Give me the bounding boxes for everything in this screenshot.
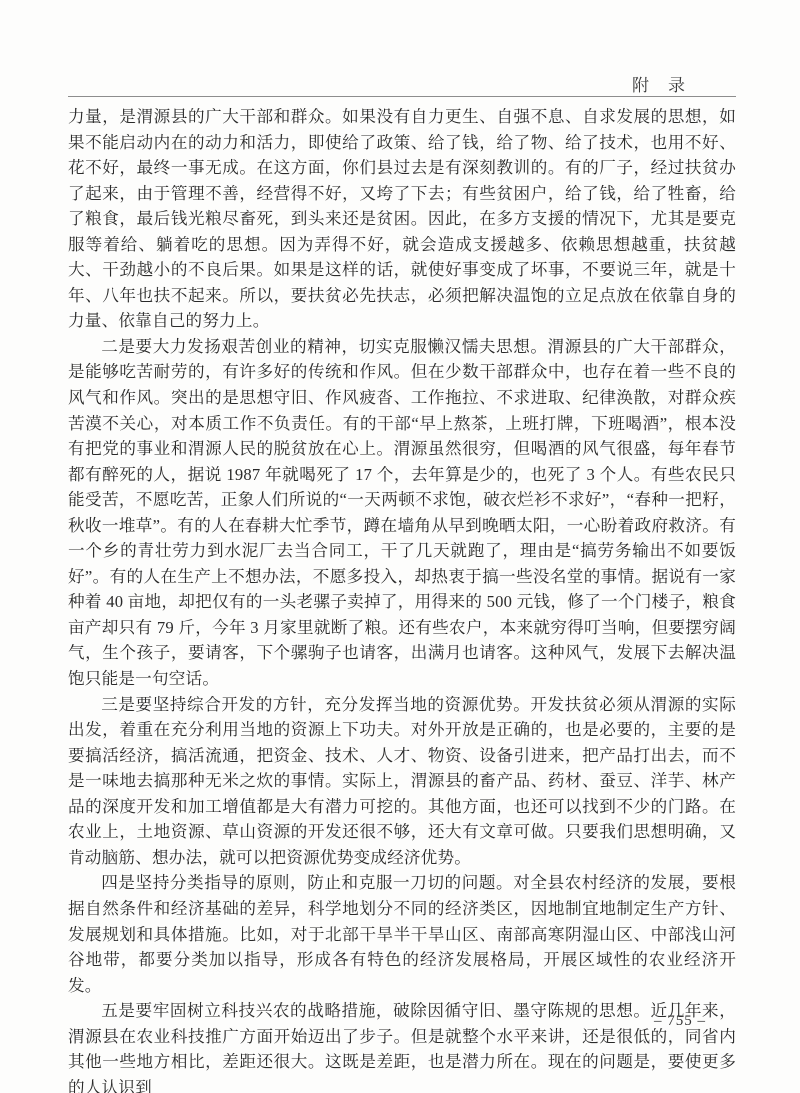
paragraph: 二是要大力发扬艰苦创业的精神，切实克服懒汉懦夫思想。渭源县的广大干部群众，是能够…: [68, 334, 736, 692]
paragraph: 四是坚持分类指导的原则，防止和克服一刀切的问题。对全县农村经济的发展，要根据自然…: [68, 870, 736, 998]
page-number: – 755 –: [654, 1013, 706, 1030]
page-footer: – 755 –: [68, 1013, 736, 1030]
page-header: 附 录: [68, 71, 736, 96]
page-body: 力量，是渭源县的广大干部和群众。如果没有自力更生、自强不息、自求发展的思想，如果…: [68, 104, 736, 1093]
header-rule: [68, 96, 736, 97]
book-page: 附 录 力量，是渭源县的广大干部和群众。如果没有自力更生、自强不息、自求发展的思…: [0, 0, 800, 1093]
paragraph: 三是要坚持综合开发的方针，充分发挥当地的资源优势。开发扶贫必须从渭源的实际出发，…: [68, 692, 736, 871]
paragraph: 力量，是渭源县的广大干部和群众。如果没有自力更生、自强不息、自求发展的思想，如果…: [68, 104, 736, 334]
running-head-title: 附 录: [632, 71, 686, 96]
